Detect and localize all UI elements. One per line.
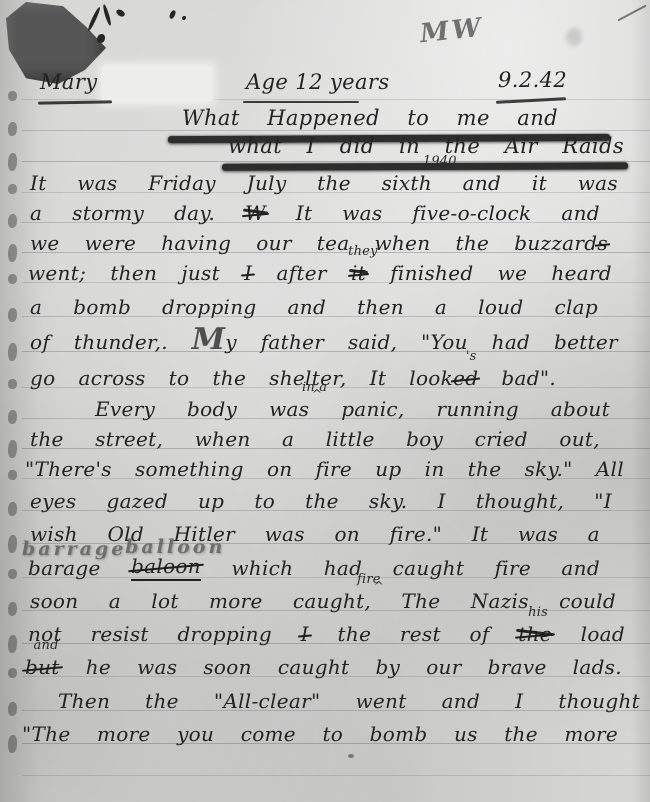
- title-word: and: [517, 106, 558, 130]
- handwritten-line: Thenthe"All-clear"wentandIthought: [58, 684, 640, 714]
- handwritten-word: thought: [558, 688, 640, 714]
- handwritten-word: loud: [478, 294, 523, 320]
- handwritten-word: itthey: [351, 260, 366, 286]
- handwritten-word: street,: [95, 426, 163, 452]
- handwritten-word: of: [470, 621, 490, 647]
- handwritten-word: the: [468, 456, 502, 482]
- handwritten-word: then: [357, 294, 404, 320]
- handwritten-word: running: [436, 396, 518, 422]
- handwritten-line: abombdroppingandthenaloudclap: [30, 290, 598, 320]
- author-underline: [38, 100, 112, 104]
- torn-edge-mark: [8, 308, 18, 323]
- handwritten-word: load: [581, 621, 625, 647]
- title-word: Raids: [562, 134, 624, 158]
- handwritten-word: to: [169, 365, 190, 391]
- handwritten-word: fire: [495, 555, 531, 581]
- handwritten-word: I: [244, 260, 252, 286]
- title-word: I: [307, 134, 316, 158]
- handwritten-word: caught: [393, 555, 465, 581]
- handwritten-word: gazed: [107, 488, 168, 514]
- title-word: in: [399, 134, 420, 158]
- handwritten-word: on: [334, 521, 360, 547]
- handwritten-word: to: [322, 721, 343, 747]
- pencil-smudge: [566, 28, 582, 46]
- title-word: Air: [505, 134, 538, 158]
- title-word: did: [340, 134, 375, 158]
- handwritten-word: thunder,.: [74, 329, 168, 355]
- torn-edge-mark: [8, 410, 18, 425]
- handwritten-line: astormyday.WItwasfive-o-clockand: [30, 196, 600, 226]
- handwritten-word: was: [265, 521, 305, 547]
- handwritten-word: thehis: [518, 621, 552, 647]
- handwritten-word: was: [518, 521, 558, 547]
- handwritten-word: our: [426, 654, 461, 680]
- handwritten-word: to: [254, 488, 275, 514]
- handwritten-word: It: [472, 521, 489, 547]
- handwritten-word: the: [212, 365, 246, 391]
- handwritten-line: eyesgazeduptothesky.Ithought,"I: [30, 484, 612, 514]
- title-word: me: [457, 106, 490, 130]
- handwritten-word: eyes: [30, 488, 76, 514]
- handwritten-word: Nazis: [471, 588, 529, 614]
- handwritten-word: then: [110, 260, 157, 286]
- inserted-word-above: they: [348, 239, 377, 265]
- overwritten-capital: M: [192, 322, 226, 357]
- handwritten-word: went: [355, 688, 406, 714]
- handwritten-word: It: [30, 170, 47, 196]
- handwritten-word: thought,: [476, 488, 564, 514]
- torn-edge-mark: [8, 502, 18, 517]
- handwritten-line: notresistdroppingItherestofthehisload: [28, 617, 625, 647]
- insertion-caret: ^: [435, 155, 445, 181]
- handwritten-word: the: [145, 688, 179, 714]
- ink-splatter: [97, 34, 105, 43]
- handwritten-word: sixth1940^: [382, 170, 432, 196]
- essay-title-line-1: WhatHappenedtomeand: [182, 106, 558, 130]
- handwritten-word: resist: [91, 621, 149, 647]
- handwritten-word: the: [317, 170, 351, 196]
- handwritten-word: buzzards: [514, 230, 608, 256]
- handwritten-word: tea: [317, 230, 350, 256]
- handwritten-word: lads.: [573, 654, 622, 680]
- torn-edge-mark: [8, 184, 18, 195]
- handwritten-word: a: [109, 588, 121, 614]
- handwritten-word: All: [596, 456, 624, 482]
- handwritten-word: looked's: [409, 365, 478, 391]
- handwritten-line: wewerehavingourteawhenthebuzzards: [30, 226, 608, 256]
- handwritten-word: a: [435, 294, 447, 320]
- handwritten-word: bomb: [73, 294, 131, 320]
- handwritten-word: Friday: [148, 170, 216, 196]
- handwritten-word: caught: [278, 654, 350, 680]
- handwritten-word: more: [209, 588, 263, 614]
- handwritten-word: more: [564, 721, 618, 747]
- handwritten-word: the: [30, 426, 64, 452]
- handwritten-word: a: [30, 200, 42, 226]
- handwritten-word: July: [247, 170, 287, 196]
- handwritten-word: day.: [174, 200, 215, 226]
- age-label: Age 12 years: [246, 70, 390, 94]
- handwritten-word: cried: [475, 426, 528, 452]
- handwritten-word: The: [401, 588, 440, 614]
- handwritten-word: the: [504, 721, 538, 747]
- handwritten-line: ofthunder,.Myfathersaid,"Youhadbetter: [30, 325, 618, 355]
- date-label: 9.2.42: [498, 68, 567, 92]
- handwritten-line: "Themoreyoucometobombusthemore: [22, 717, 618, 747]
- title-word: what: [228, 134, 282, 158]
- handwritten-word: was: [342, 200, 382, 226]
- torn-edge-mark: [8, 214, 18, 229]
- handwritten-word: bad".: [501, 365, 556, 391]
- ruled-line: [22, 130, 650, 131]
- handwritten-word: "I: [594, 488, 612, 514]
- handwritten-word: across: [79, 365, 146, 391]
- handwritten-line: ItwasFridayJulythesixth1940^anditwas: [30, 166, 618, 196]
- handwritten-word: just: [181, 260, 220, 286]
- handwritten-word: it: [532, 170, 547, 196]
- handwritten-word: dropping: [162, 294, 257, 320]
- handwritten-word: brave: [488, 654, 547, 680]
- handwritten-word: soon: [30, 588, 78, 614]
- handwritten-word: up: [198, 488, 224, 514]
- handwritten-word: a: [282, 426, 294, 452]
- handwritten-word: and: [561, 555, 600, 581]
- handwritten-word: when: [375, 230, 431, 256]
- pencil-correction-above: balloon: [125, 534, 225, 560]
- handwritten-word: caught,fire^: [293, 588, 371, 614]
- handwritten-word: lot: [151, 588, 178, 614]
- handwritten-line: went;thenjustIafterittheyfinishedweheard: [28, 256, 612, 286]
- handwritten-word: clap: [554, 294, 598, 320]
- inserted-word-above: and: [34, 633, 59, 659]
- handwritten-word: a: [588, 521, 600, 547]
- handwritten-line: goacrosstotheshelter,Itlooked'sbad".: [30, 361, 556, 391]
- handwritten-word: bomb: [370, 721, 428, 747]
- handwritten-word: rest: [400, 621, 441, 647]
- handwritten-word: he: [86, 654, 111, 680]
- ink-splatter: [182, 16, 186, 20]
- handwritten-word: sky.": [525, 456, 573, 482]
- marker-initials: MW: [419, 13, 486, 50]
- handwritten-word: was: [77, 170, 117, 196]
- handwritten-word: boy: [406, 426, 443, 452]
- handwritten-word: and: [561, 200, 600, 226]
- handwritten-word: come: [241, 721, 296, 747]
- handwritten-line: baragebarragebaloonballoonwhichhadcaught…: [28, 551, 600, 581]
- handwritten-word: "The: [22, 721, 70, 747]
- handwritten-word: sky.: [369, 488, 408, 514]
- handwritten-word: little: [326, 426, 375, 452]
- handwritten-word: It: [296, 200, 313, 226]
- handwritten-word: could: [559, 588, 616, 614]
- handwritten-word: when: [195, 426, 251, 452]
- erased-surname-area: [102, 66, 212, 102]
- handwritten-word: better: [554, 329, 618, 355]
- torn-edge-mark: [8, 91, 18, 102]
- document-scan: MW Mary Age 12 years 9.2.42 WhatHappened…: [0, 0, 650, 802]
- handwritten-word: out,: [559, 426, 600, 452]
- handwritten-word: heard: [551, 260, 612, 286]
- handwritten-word: My: [192, 329, 237, 355]
- handwritten-word: and: [442, 688, 481, 714]
- handwritten-word: having: [161, 230, 231, 256]
- handwritten-word: butand: [25, 654, 60, 680]
- handwritten-word: "All-clear": [214, 688, 321, 714]
- ink-splatter: [169, 9, 177, 19]
- handwritten-word: "There's: [25, 456, 112, 482]
- handwritten-word: panic,: [341, 396, 404, 422]
- handwritten-word: the: [305, 488, 339, 514]
- torn-edge-mark: [7, 535, 17, 554]
- handwritten-word: "You: [421, 329, 468, 355]
- handwritten-word: stormy: [72, 200, 144, 226]
- handwritten-word: dropping: [177, 621, 272, 647]
- handwritten-word: It: [370, 365, 387, 391]
- torn-edge-mark: [7, 153, 17, 172]
- handwritten-word: we: [498, 260, 528, 286]
- title-word: Happened: [267, 106, 380, 130]
- torn-edge-mark: [8, 122, 18, 137]
- title-word: What: [182, 106, 240, 130]
- handwritten-line: "There'ssomethingonfireupinthesky."All: [25, 452, 624, 482]
- handwritten-word: go: [30, 365, 55, 391]
- ink-dot: [348, 754, 354, 758]
- handwritten-word: in: [425, 456, 445, 482]
- ruled-line: [22, 775, 650, 776]
- title-word: to: [407, 106, 429, 130]
- handwritten-word: fire: [316, 456, 352, 482]
- insertion-caret: ^: [374, 573, 384, 599]
- handwritten-word: was: [137, 654, 177, 680]
- torn-edge-mark: [8, 668, 18, 679]
- handwritten-word: our: [256, 230, 291, 256]
- handwritten-word: fire.": [390, 521, 443, 547]
- handwritten-word: Then: [58, 688, 110, 714]
- handwritten-word: I: [438, 488, 446, 514]
- handwritten-word: baloonballoon: [131, 553, 201, 581]
- handwritten-word: W: [245, 200, 266, 226]
- handwritten-word: something: [135, 456, 244, 482]
- ink-splatter: [115, 8, 126, 18]
- torn-edge-mark: [7, 735, 17, 754]
- handwritten-word: father: [261, 329, 324, 355]
- inserted-word-above: his: [528, 600, 548, 626]
- handwritten-word: by: [375, 654, 400, 680]
- insertion-caret: ^: [312, 381, 322, 407]
- handwritten-word: body: [187, 396, 237, 422]
- torn-edge-mark: [7, 440, 17, 459]
- handwritten-word: on: [267, 456, 293, 482]
- ink-splatter: [87, 6, 101, 31]
- torn-edge-mark: [7, 244, 17, 263]
- handwritten-word: said,: [348, 329, 397, 355]
- handwritten-word: I: [515, 688, 523, 714]
- handwritten-word: more: [97, 721, 151, 747]
- handwritten-word: were: [85, 230, 137, 256]
- handwritten-word: a: [30, 294, 42, 320]
- pencil-correction-above: barrage: [22, 536, 126, 562]
- handwritten-word: finished: [390, 260, 473, 286]
- handwritten-word: had: [492, 329, 531, 355]
- handwritten-word: you: [177, 721, 214, 747]
- handwritten-word: and: [463, 170, 502, 196]
- handwritten-word: about: [551, 396, 610, 422]
- inserted-word-above: 's: [466, 344, 477, 370]
- handwritten-word: five-o-clock: [412, 200, 531, 226]
- handwritten-word: of: [30, 329, 50, 355]
- handwritten-word: baragebarrage: [28, 555, 101, 581]
- handwritten-word: I: [301, 621, 309, 647]
- torn-edge-mark: [8, 379, 18, 390]
- age-underline: [243, 101, 359, 103]
- torn-edge-mark: [7, 635, 17, 654]
- struck-out-suffix: s: [597, 230, 608, 256]
- handwritten-word: which: [231, 555, 293, 581]
- torn-edge-mark: [8, 274, 18, 285]
- handwritten-word: and: [288, 294, 327, 320]
- handwritten-word: after: [277, 260, 327, 286]
- handwritten-word: Every: [95, 396, 155, 422]
- handwritten-word: us: [454, 721, 478, 747]
- torn-edge-mark: [8, 569, 18, 580]
- torn-edge-mark: [8, 602, 18, 617]
- handwritten-word: went;: [28, 260, 86, 286]
- handwritten-line: thestreet,whenalittleboycriedout,: [30, 422, 600, 452]
- torn-edge-mark: [8, 470, 18, 481]
- torn-edge-mark: [8, 702, 18, 717]
- handwritten-word: was: [578, 170, 618, 196]
- ink-splatter: [102, 4, 113, 26]
- handwritten-word: up: [375, 456, 401, 482]
- torn-edge-mark: [7, 343, 17, 362]
- paper-crease: [617, 5, 646, 22]
- handwritten-word: the: [338, 621, 372, 647]
- handwritten-word: the: [456, 230, 490, 256]
- author-name: Mary: [40, 70, 98, 94]
- handwritten-word: wasin a^: [269, 396, 309, 422]
- handwritten-line: Everybodywasin a^panic,runningabout: [95, 392, 610, 422]
- handwritten-line: butandhewassooncaughtbyourbravelads.: [25, 650, 622, 680]
- handwritten-word: soon: [203, 654, 251, 680]
- handwritten-word: we: [30, 230, 60, 256]
